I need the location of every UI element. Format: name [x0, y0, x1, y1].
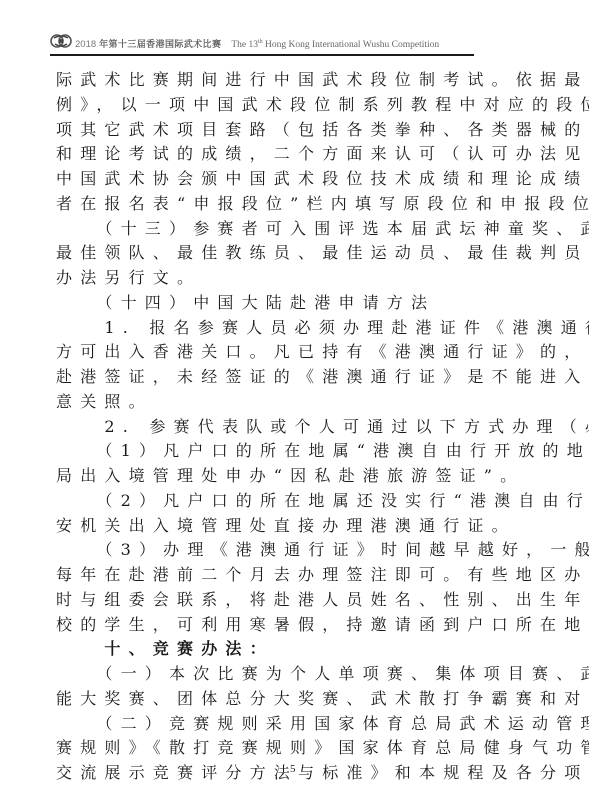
text-line: 际武术比赛期间进行中国武术段位制考试。依据最新《中国武术段位制管理条: [56, 68, 546, 93]
text-line: 意关照。: [56, 390, 546, 415]
header-title-en: The 13th Hong Kong International Wushu C…: [231, 39, 439, 50]
text-line: 校的学生，可利用寒暑假，持邀请函到户口所在地去办理港澳通行证。: [56, 613, 546, 638]
text-line: 时与组委会联系，将赴港人员姓名、性别、出生年月告诉组委会。各地武术学: [56, 588, 546, 613]
text-line: 中国武术协会颁中国武术段位技术成绩和理论成绩认定证书。凡参加段位考试: [56, 167, 546, 192]
text-line: 交流展示竞赛评分方法与标准》和本规程及各分项目竞赛规程的有关补充规定。: [56, 761, 546, 786]
text-line: 2. 参赛代表队或个人可通过以下方式办理（必须在本人户口所在地办理）：: [56, 415, 546, 440]
page-header: 2018 年第十三届香港国际武术比赛 The 13th Hong Kong In…: [50, 28, 474, 54]
page-number: 5: [290, 763, 296, 775]
text-line: 者在报名表“申报段位”栏内填写原段位和申报段位。: [56, 192, 546, 217]
header-title-en-prefix: The 13: [231, 40, 258, 50]
header-title-en-suffix: Hong Kong International Wushu Competitio…: [263, 40, 440, 50]
text-line: 项其它武术项目套路（包括各类拳种、各类器械的自选项目项目和传统项目）: [56, 118, 546, 143]
text-line: 最佳领队、最佳教练员、最佳运动员、最佳裁判员、道德风尚奖等奖项。评选: [56, 241, 546, 266]
text-line: 办法另行文。: [56, 266, 546, 291]
text-line: 和理论考试的成绩，二个方面来认可（认可办法见附件 5）。成绩被确认者，由: [56, 142, 546, 167]
text-line: 局出入境管理处申办“因私赴港旅游签证”。: [56, 464, 546, 489]
text-line: 能大奖赛、团体总分大奖赛、武术散打争霸赛和对抗搏击争霸赛。: [56, 687, 546, 712]
text-line: （二）竞赛规则采用国家体育总局武术运动管理中心审定的《传统武术竞: [56, 712, 546, 737]
wushu-emblem-icon: [50, 32, 72, 50]
text-line: 安机关出入境管理处直接办理港澳通行证。: [56, 514, 546, 539]
text-line: （1）凡户口的所在地属“港澳自由行开放的地区”，可以直接到当地公安: [56, 439, 546, 464]
header-year: 2018: [75, 39, 96, 50]
text-line: 例》，以一项中国武术段位制系列教程中对应的段位单练、对练套路和任何一: [56, 93, 546, 118]
text-line: 赴港签证，未经签证的《港澳通行证》是不能进入香港，请组队负责人特别注: [56, 365, 546, 390]
text-line: 1. 报名参赛人员必须办理赴港证件《港澳通行证》（证件及签证费用自理），: [56, 316, 546, 341]
text-line: （3）办理《港澳通行证》时间越早越好，一般通行证签注有效期为 1 年，: [56, 538, 546, 563]
header-title-cn: 年第十三届香港国际武术比赛: [99, 37, 221, 50]
text-line: （2）凡户口的所在地属还没实行“港澳自由行开放的地区”，可到当地公: [56, 489, 546, 514]
text-line: 赛规则》《散打竞赛规则》国家体育总局健身气功管理中心审定的《健身气功: [56, 736, 546, 761]
text-line: （一）本次比赛为个人单项赛、集体项目赛、武术个人全能大奖、武术团体全: [56, 662, 546, 687]
text-line: （十四）中国大陆赴港申请方法: [56, 291, 546, 316]
text-line: 方可出入香港关口。凡已持有《港澳通行证》的，仍必须到当地公安机关办理: [56, 340, 546, 365]
text-line: （十三）参赛者可入围评选本届武坛神童奖、武坛耆英奖、最佳运动队、: [56, 217, 546, 242]
document-body: 际武术比赛期间进行中国武术段位制考试。依据最新《中国武术段位制管理条例》，以一项…: [56, 68, 546, 786]
section-heading: 十、竞赛办法：: [56, 637, 546, 662]
text-line: 每年在赴港前二个月去办理签注即可。有些地区办证需要参赛邀请函的，可及: [56, 563, 546, 588]
header-divider: [50, 54, 474, 56]
